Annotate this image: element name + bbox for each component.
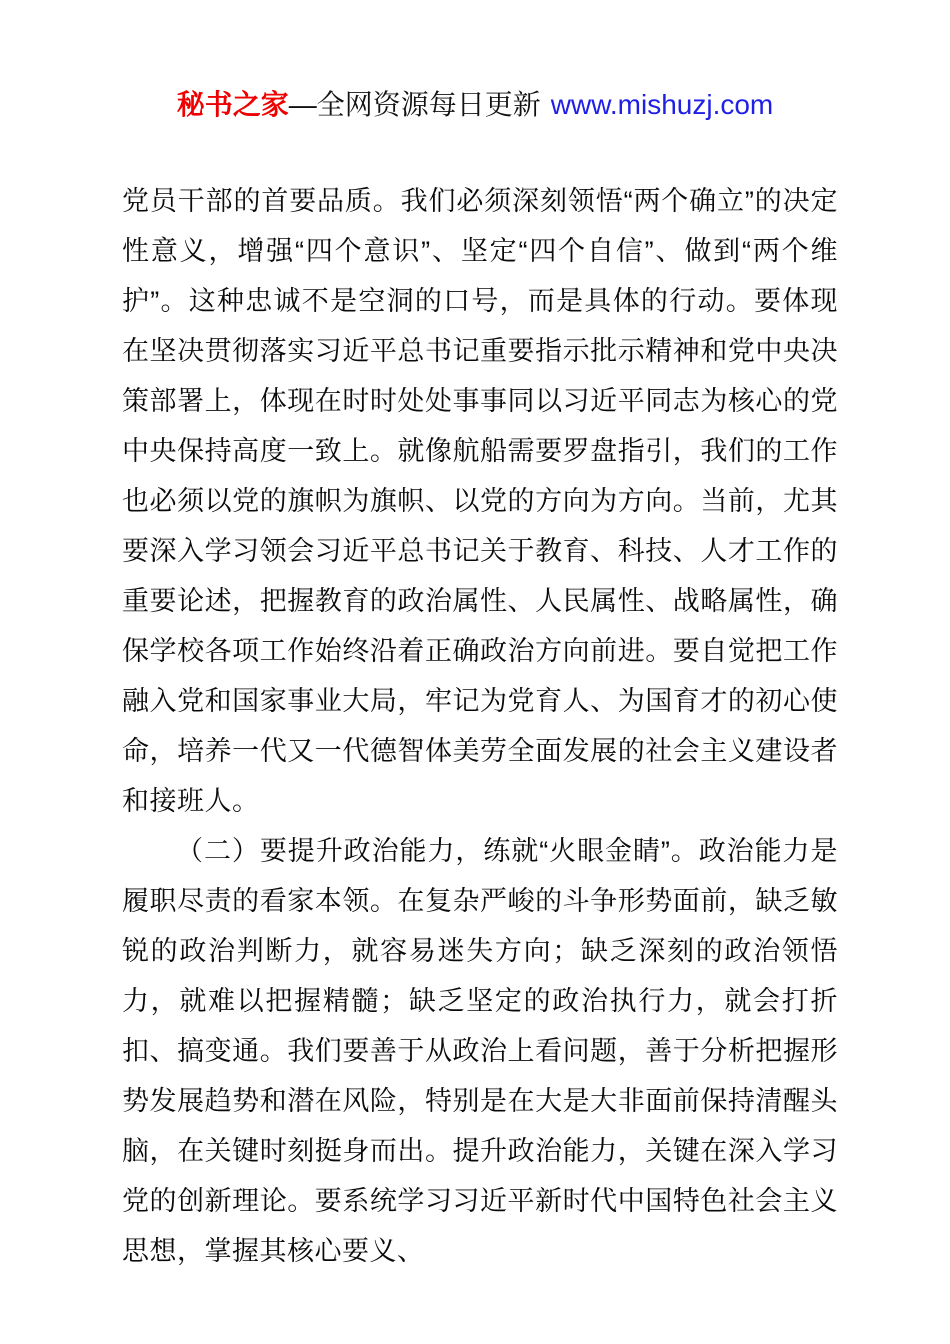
document-body: 党员干部的首要品质。我们必须深刻领悟“两个确立”的决定性意义，增强“四个意识”、… xyxy=(122,176,838,1276)
site-header: 秘书之家—全网资源每日更新www.mishuzj.com xyxy=(0,88,950,122)
header-dash: — xyxy=(289,89,317,120)
document-page: 秘书之家—全网资源每日更新www.mishuzj.com 党员干部的首要品质。我… xyxy=(0,0,950,1344)
site-url[interactable]: www.mishuzj.com xyxy=(551,89,773,120)
site-brand: 秘书之家 xyxy=(177,89,289,120)
site-tagline: 全网资源每日更新 xyxy=(317,89,541,120)
paragraph-loyalty: 党员干部的首要品质。我们必须深刻领悟“两个确立”的决定性意义，增强“四个意识”、… xyxy=(122,176,838,826)
paragraph-political-ability: （二）要提升政治能力，练就“火眼金睛”。政治能力是履职尽责的看家本领。在复杂严峻… xyxy=(122,826,838,1276)
